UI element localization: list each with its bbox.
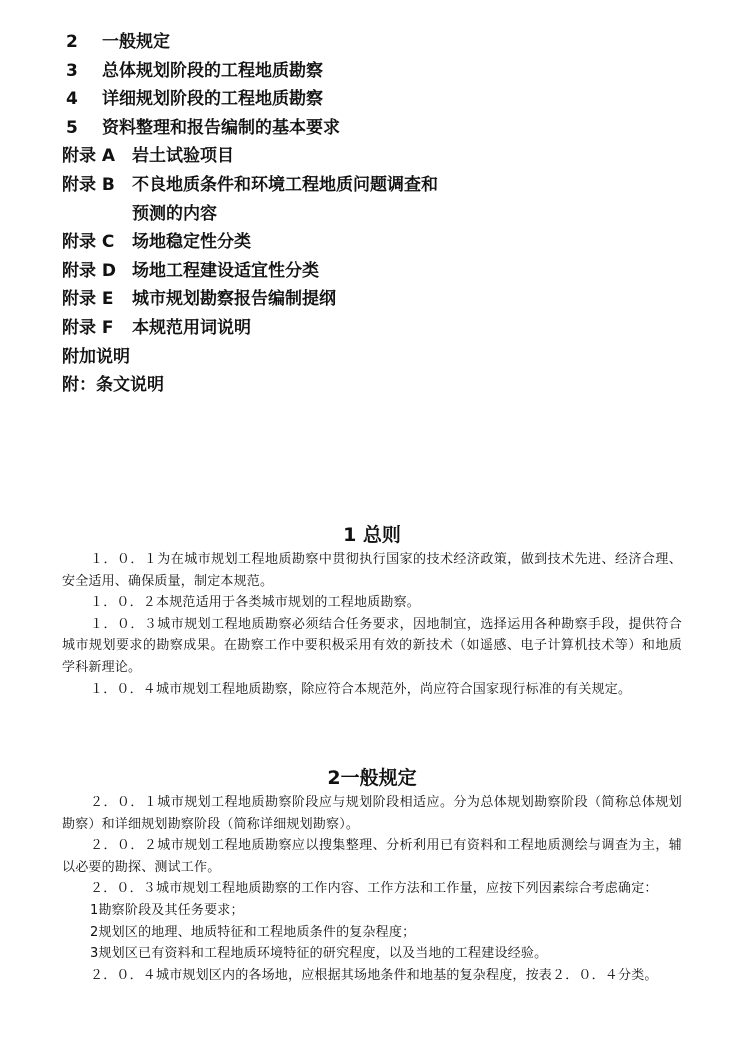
toc-item: 3总体规划阶段的工程地质勘察 (62, 57, 438, 86)
toc-item: 附录 F本规范用词说明 (62, 314, 438, 343)
toc-title: 一般规定 (102, 28, 170, 57)
toc-item: 附：条文说明 (62, 371, 438, 400)
toc-number: 附录 E (62, 285, 132, 314)
toc-item-continuation: 预测的内容 (62, 200, 438, 229)
toc-title: 附加说明 (62, 343, 130, 372)
toc-item: 4详细规划阶段的工程地质勘察 (62, 85, 438, 114)
toc-title: 预测的内容 (132, 200, 217, 229)
toc-number (62, 200, 132, 229)
clause-paragraph: ２．０．２城市规划工程地质勘察应以搜集整理、分析利用已有资料和工程地质测绘与调查… (62, 835, 682, 878)
toc-number: 4 (62, 85, 102, 114)
toc-item: 附录 A岩土试验项目 (62, 142, 438, 171)
toc-title: 岩土试验项目 (132, 142, 234, 171)
toc-number: 附录 A (62, 142, 132, 171)
clause-paragraph: １．０．２本规范适用于各类城市规划的工程地质勘察。 (62, 592, 682, 614)
clause-paragraph: １．０．１为在城市规划工程地质勘察中贯彻执行国家的技术经济政策，做到技术先进、经… (62, 549, 682, 592)
toc-title: 场地稳定性分类 (132, 228, 251, 257)
toc-title: 不良地质条件和环境工程地质问题调查和 (132, 171, 438, 200)
toc-item: 附录 E城市规划勘察报告编制提纲 (62, 285, 438, 314)
toc-title: 城市规划勘察报告编制提纲 (132, 285, 336, 314)
section-general-provisions: 2一般规定 ２．０．１城市规划工程地质勘察阶段应与规划阶段相适应。分为总体规划勘… (62, 764, 682, 986)
toc-item: 5资料整理和报告编制的基本要求 (62, 114, 438, 143)
list-item: 3规划区已有资料和工程地质环境特征的研究程度，以及当地的工程建设经验。 (62, 943, 682, 965)
toc-title: 资料整理和报告编制的基本要求 (102, 114, 340, 143)
section-title: 1 总则 (62, 521, 682, 549)
toc-number: 附录 C (62, 228, 132, 257)
list-item: 1勘察阶段及其任务要求； (62, 900, 682, 922)
section-title: 2一般规定 (62, 764, 682, 792)
toc-number: 附录 B (62, 171, 132, 200)
toc-number: 3 (62, 57, 102, 86)
toc-title: 总体规划阶段的工程地质勘察 (102, 57, 323, 86)
toc-item: 附加说明 (62, 343, 438, 372)
section-general-principles: 1 总则 １．０．１为在城市规划工程地质勘察中贯彻执行国家的技术经济政策，做到技… (62, 521, 682, 700)
list-item: 2规划区的地理、地质特征和工程地质条件的复杂程度； (62, 922, 682, 944)
table-of-contents: 2一般规定 3总体规划阶段的工程地质勘察 4详细规划阶段的工程地质勘察 5资料整… (62, 28, 438, 400)
toc-title: 附：条文说明 (62, 371, 164, 400)
toc-number: 附录 D (62, 257, 132, 286)
toc-item: 附录 D场地工程建设适宜性分类 (62, 257, 438, 286)
toc-title: 详细规划阶段的工程地质勘察 (102, 85, 323, 114)
clause-paragraph: ２．０．４城市规划区内的各场地，应根据其场地条件和地基的复杂程度，按表２．０．４… (62, 965, 682, 987)
toc-number: 5 (62, 114, 102, 143)
toc-title: 场地工程建设适宜性分类 (132, 257, 319, 286)
clause-paragraph: １．０．３城市规划工程地质勘察必须结合任务要求，因地制宜，选择运用各种勘察手段，… (62, 614, 682, 679)
clause-paragraph: ２．０．３城市规划工程地质勘察的工作内容、工作方法和工作量，应按下列因素综合考虑… (62, 878, 682, 900)
toc-number: 附录 F (62, 314, 132, 343)
toc-title: 本规范用词说明 (132, 314, 251, 343)
clause-paragraph: ２．０．１城市规划工程地质勘察阶段应与规划阶段相适应。分为总体规划勘察阶段（简称… (62, 792, 682, 835)
clause-paragraph: １．０．４城市规划工程地质勘察，除应符合本规范外，尚应符合国家现行标准的有关规定… (62, 679, 682, 701)
toc-item: 附录 B不良地质条件和环境工程地质问题调查和 (62, 171, 438, 200)
toc-item: 附录 C场地稳定性分类 (62, 228, 438, 257)
toc-item: 2一般规定 (62, 28, 438, 57)
toc-number: 2 (62, 28, 102, 57)
